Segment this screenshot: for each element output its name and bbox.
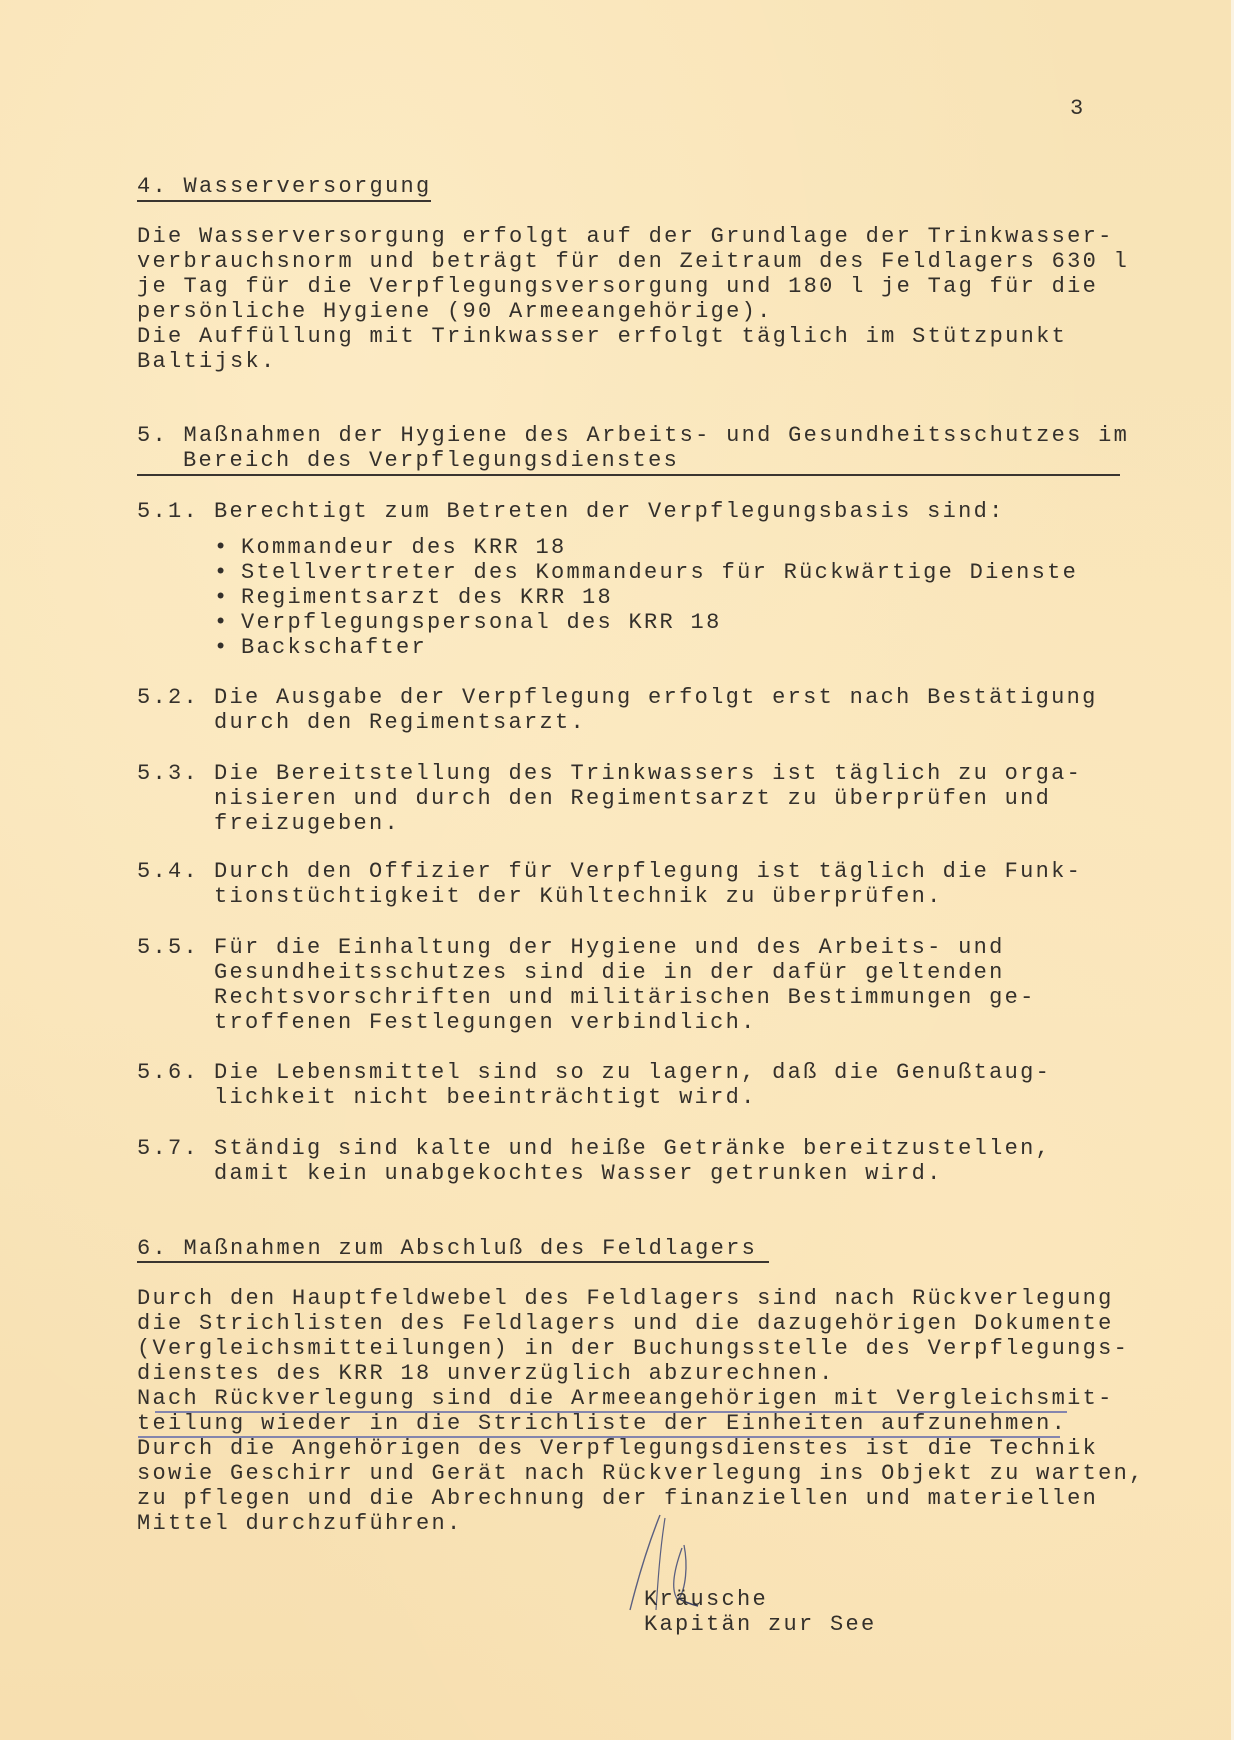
item-text: freizugeben.: [214, 811, 400, 837]
signatory-rank: Kapitän zur See: [644, 1612, 877, 1638]
section-6-line: (Vergleichsmitteilungen) in der Buchungs…: [137, 1336, 1129, 1362]
section-5-heading-line2: Bereich des Verpflegungsdienstes: [183, 448, 679, 474]
section-6-line: sowie Geschirr und Gerät nach Rückverleg…: [137, 1461, 1145, 1487]
section-4-line: persönliche Hygiene (90 Armeeangehörige)…: [137, 299, 773, 325]
section-6-line: zu pflegen und die Abrechnung der finanz…: [137, 1486, 1098, 1512]
item-number: 5.3.: [137, 761, 199, 787]
item-text: Die Lebensmittel sind so zu lagern, daß …: [214, 1060, 1051, 1086]
item-text: Durch den Offizier für Verpflegung ist t…: [214, 859, 1082, 885]
bullet-item: Backschafter: [241, 635, 427, 661]
section-6-underline: [137, 1261, 769, 1263]
item-number: 5.1.: [137, 499, 199, 525]
section-6-line: Nach Rückverlegung sind die Armeeangehör…: [137, 1386, 1114, 1412]
bullet-icon: •: [214, 610, 230, 636]
bullet-icon: •: [214, 585, 230, 611]
item-text: Gesundheitsschutzes sind die in der dafü…: [214, 960, 1005, 986]
section-5-underline: [137, 474, 1120, 476]
section-4-line: je Tag für die Verpflegungsversorgung un…: [137, 274, 1098, 300]
item-number: 5.2.: [137, 685, 199, 711]
item-text: damit kein unabgekochtes Wasser getrunke…: [214, 1161, 943, 1187]
section-4-heading: 4. Wasserversorgung: [137, 174, 432, 200]
section-6-heading: 6. Maßnahmen zum Abschluß des Feldlagers: [137, 1236, 757, 1262]
bullet-icon: •: [214, 535, 230, 561]
bullet-icon: •: [214, 635, 230, 661]
section-6-line: die Strichlisten des Feldlagers und die …: [137, 1311, 1114, 1337]
item-text: nisieren und durch den Regimentsarzt zu …: [214, 786, 1051, 812]
section-6-line: Durch den Hauptfeldwebel des Feldlagers …: [137, 1286, 1114, 1312]
item-number: 5.5.: [137, 935, 199, 961]
section-6-line: Mittel durchzuführen.: [137, 1511, 463, 1537]
section-6-line: teilung wieder in die Strichliste der Ei…: [137, 1411, 1067, 1437]
item-number: 5.6.: [137, 1060, 199, 1086]
item-text: Für die Einhaltung der Hygiene und des A…: [214, 935, 1005, 961]
bullet-item: Kommandeur des KRR 18: [241, 535, 567, 561]
item-text: Die Bereitstellung des Trinkwassers ist …: [214, 761, 1082, 787]
signatory-name: Kräusche: [644, 1587, 768, 1613]
item-text: lichkeit nicht beeinträchtigt wird.: [214, 1085, 757, 1111]
item-text: Ständig sind kalte und heiße Getränke be…: [214, 1136, 1051, 1162]
section-4-underline: [137, 200, 431, 202]
bullet-item: Verpflegungspersonal des KRR 18: [241, 610, 722, 636]
item-text: durch den Regimentsarzt.: [214, 710, 586, 736]
item-number: 5.7.: [137, 1136, 199, 1162]
item-text: Die Ausgabe der Verpflegung erfolgt erst…: [214, 685, 1098, 711]
item-text: Berechtigt zum Betreten der Verpflegungs…: [214, 499, 1005, 525]
section-4-line: Baltijsk.: [137, 349, 277, 375]
bullet-icon: •: [214, 560, 230, 586]
section-6-line: dienstes des KRR 18 unverzüglich abzurec…: [137, 1361, 835, 1387]
bullet-item: Stellvertreter des Kommandeurs für Rückw…: [241, 560, 1078, 586]
section-6-line: Durch die Angehörigen des Verpflegungsdi…: [137, 1436, 1098, 1462]
item-text: Rechtsvorschriften und militärischen Bes…: [214, 985, 1036, 1011]
section-4-line: Die Auffüllung mit Trinkwasser erfolgt t…: [137, 324, 1067, 350]
item-number: 5.4.: [137, 859, 199, 885]
page-number: 3: [1070, 96, 1083, 122]
item-text: troffenen Festlegungen verbindlich.: [214, 1010, 757, 1036]
section-4-line: verbrauchsnorm und beträgt für den Zeitr…: [137, 249, 1129, 275]
section-5-heading-line1: 5. Maßnahmen der Hygiene des Arbeits- un…: [137, 423, 1129, 449]
bullet-item: Regimentsarzt des KRR 18: [241, 585, 613, 611]
item-text: tionstüchtigkeit der Kühltechnik zu über…: [214, 884, 943, 910]
section-4-line: Die Wasserversorgung erfolgt auf der Gru…: [137, 224, 1114, 250]
